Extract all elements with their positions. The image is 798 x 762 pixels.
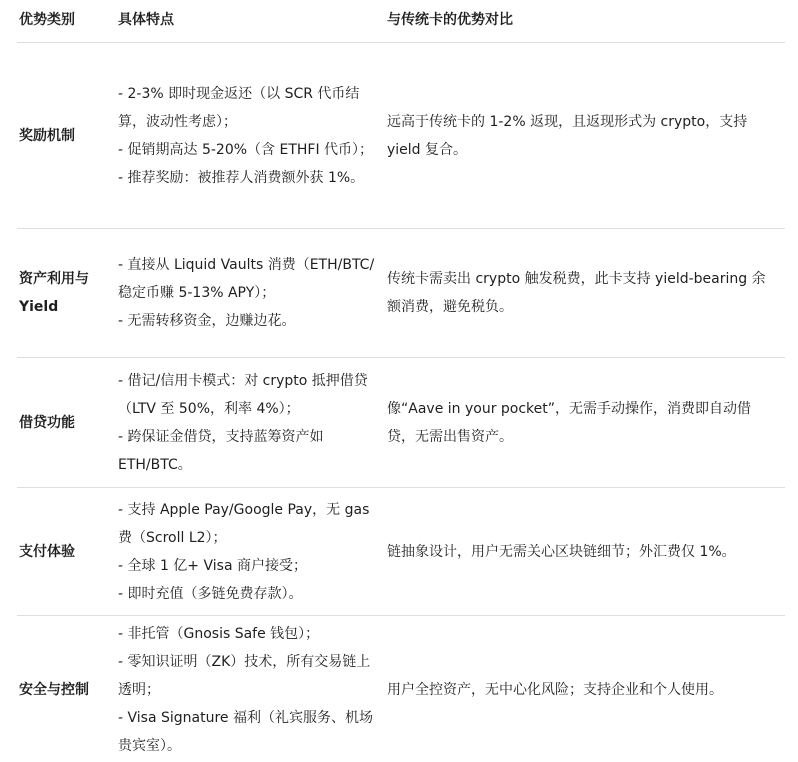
header-comparison: 与传统卡的优势对比 xyxy=(387,0,785,42)
header-features: 具体特点 xyxy=(118,0,387,42)
comparison-cell: 用户全控资产，无中心化风险；支持企业和个人使用。 xyxy=(387,616,785,762)
comparison-cell: 远高于传统卡的 1-2% 返现，且返现形式为 crypto，支持 yield 复… xyxy=(387,43,785,228)
table-row-yield: 资产利用与 Yield - 直接从 Liquid Vaults 消费（ETH/B… xyxy=(17,229,785,358)
features-cell: - 2-3% 即时现金返还（以 SCR 代币结算，波动性考虑）； - 促销期高达… xyxy=(118,43,387,228)
category-cell: 安全与控制 xyxy=(17,616,118,762)
feature-item: - Visa Signature 福利（礼宾服务、机场贵宾室）。 xyxy=(118,704,379,760)
comparison-table: 优势类别 具体特点 与传统卡的优势对比 奖励机制 - 2-3% 即时现金返还（以… xyxy=(17,0,785,762)
comparison-cell: 像“Aave in your pocket”，无需手动操作，消费即自动借贷，无需… xyxy=(387,358,785,487)
features-cell: - 借记/信用卡模式：对 crypto 抵押借贷（LTV 至 50%，利率 4%… xyxy=(118,358,387,487)
feature-item: - 零知识证明（ZK）技术，所有交易链上透明； xyxy=(118,648,379,704)
table-row-rewards: 奖励机制 - 2-3% 即时现金返还（以 SCR 代币结算，波动性考虑）； - … xyxy=(17,43,785,229)
table-header-row: 优势类别 具体特点 与传统卡的优势对比 xyxy=(17,0,785,43)
features-cell: - 支持 Apple Pay/Google Pay，无 gas 费（Scroll… xyxy=(118,488,387,615)
feature-item: - 支持 Apple Pay/Google Pay，无 gas 费（Scroll… xyxy=(118,496,379,552)
table-row-security: 安全与控制 - 非托管（Gnosis Safe 钱包）； - 零知识证明（ZK）… xyxy=(17,616,785,762)
feature-item: - 推荐奖励：被推荐人消费额外获 1%。 xyxy=(118,164,379,192)
feature-item: - 无需转移资金，边赚边花。 xyxy=(118,307,379,335)
table-row-payment: 支付体验 - 支持 Apple Pay/Google Pay，无 gas 费（S… xyxy=(17,488,785,616)
feature-item: - 直接从 Liquid Vaults 消费（ETH/BTC/稳定币赚 5-13… xyxy=(118,251,379,307)
category-cell: 奖励机制 xyxy=(17,43,118,228)
features-cell: - 非托管（Gnosis Safe 钱包）； - 零知识证明（ZK）技术，所有交… xyxy=(118,616,387,762)
feature-item: - 2-3% 即时现金返还（以 SCR 代币结算，波动性考虑）； xyxy=(118,80,379,136)
category-cell: 支付体验 xyxy=(17,488,118,615)
feature-item: - 非托管（Gnosis Safe 钱包）； xyxy=(118,620,379,648)
category-cell: 资产利用与 Yield xyxy=(17,229,118,357)
header-category: 优势类别 xyxy=(17,0,118,42)
feature-item: - 即时充值（多链免费存款）。 xyxy=(118,580,379,608)
comparison-cell: 传统卡需卖出 crypto 触发税费，此卡支持 yield-bearing 余额… xyxy=(387,229,785,357)
category-cell: 借贷功能 xyxy=(17,358,118,487)
comparison-cell: 链抽象设计，用户无需关心区块链细节；外汇费仅 1%。 xyxy=(387,488,785,615)
features-cell: - 直接从 Liquid Vaults 消费（ETH/BTC/稳定币赚 5-13… xyxy=(118,229,387,357)
feature-item: - 跨保证金借贷，支持蓝筹资产如 ETH/BTC。 xyxy=(118,423,379,479)
table-row-lending: 借贷功能 - 借记/信用卡模式：对 crypto 抵押借贷（LTV 至 50%，… xyxy=(17,358,785,488)
feature-item: - 全球 1 亿+ Visa 商户接受； xyxy=(118,552,379,580)
feature-item: - 促销期高达 5-20%（含 ETHFI 代币）； xyxy=(118,136,379,164)
feature-item: - 借记/信用卡模式：对 crypto 抵押借贷（LTV 至 50%，利率 4%… xyxy=(118,367,379,423)
